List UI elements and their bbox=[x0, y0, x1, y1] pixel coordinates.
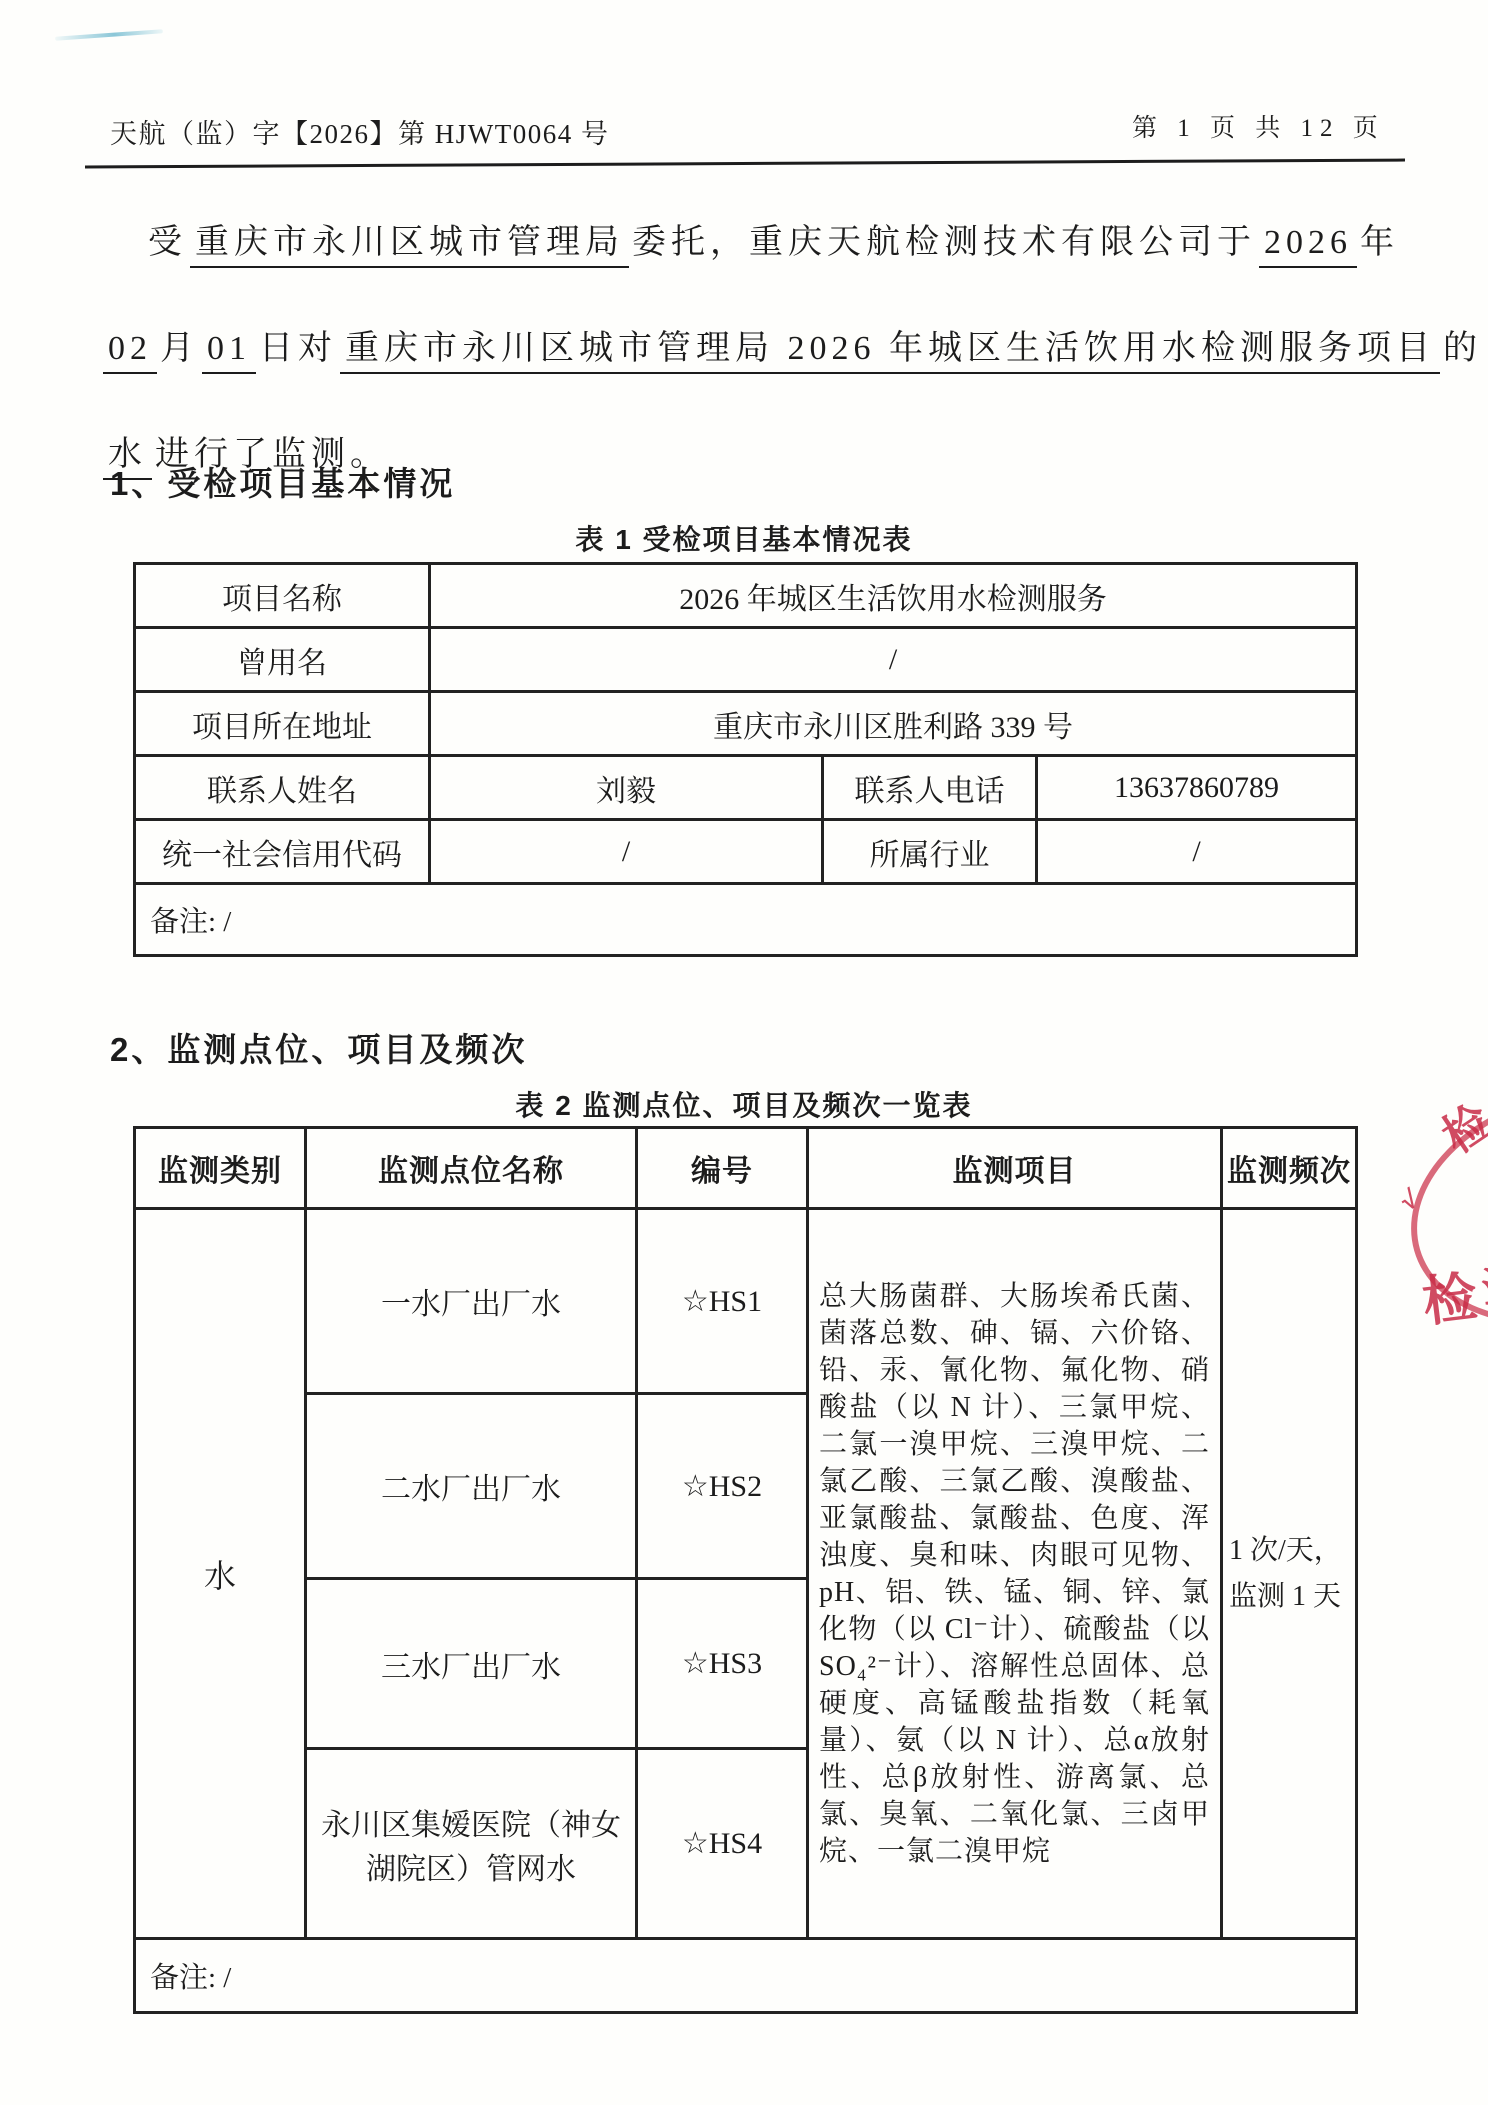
underlined-year: 2026 bbox=[1259, 224, 1357, 268]
column-header: 监测点位名称 bbox=[306, 1128, 637, 1209]
frequency-line: 1 次/天， bbox=[1229, 1528, 1349, 1574]
monitoring-category: 水 bbox=[135, 1209, 306, 1939]
scanned-report-page: 天航（监）字【2026】第 HJWT0064 号 第 1 页 共 12 页 受重… bbox=[0, 0, 1488, 2105]
row-label: 项目所在地址 bbox=[135, 692, 430, 756]
column-header: 监测项目 bbox=[808, 1128, 1222, 1209]
point-code: ☆HS2 bbox=[637, 1394, 808, 1579]
table-row: 水 一水厂出厂水 ☆HS1 总大肠菌群、大肠埃希氏菌、菌落总数、砷、镉、六价铬、… bbox=[135, 1209, 1357, 1394]
intro-text: 日对 bbox=[259, 330, 337, 367]
row-label: 曾用名 bbox=[135, 628, 430, 692]
intro-line-1: 受重庆市永川区城市管理局委托，重庆天航检测技术有限公司于2026年 bbox=[148, 214, 1399, 263]
underlined-client-name: 重庆市永川区城市管理局 bbox=[190, 224, 629, 268]
page-number-indicator: 第 1 页 共 12 页 bbox=[1132, 108, 1385, 144]
row-value: / bbox=[430, 628, 1357, 692]
underlined-month: 02 bbox=[103, 330, 157, 374]
monitoring-point: 一水厂出厂水 bbox=[306, 1209, 637, 1394]
row-value: / bbox=[430, 820, 823, 884]
table-remark-row: 备注: / bbox=[135, 1939, 1357, 2013]
table-1-caption: 表 1 受检项目基本情况表 bbox=[0, 518, 1488, 558]
row-label: 联系人姓名 bbox=[135, 756, 430, 820]
header-divider bbox=[85, 159, 1405, 169]
point-code: ☆HS3 bbox=[637, 1579, 808, 1749]
row-value: / bbox=[1037, 820, 1357, 884]
table-2-caption: 表 2 监测点位、项目及频次一览表 bbox=[0, 1084, 1488, 1124]
intro-text: 月 bbox=[160, 330, 199, 367]
point-code: ☆HS4 bbox=[637, 1749, 808, 1939]
monitoring-table: 监测类别 监测点位名称 编号 监测项目 监测频次 水 一水厂出厂水 ☆HS1 总… bbox=[133, 1126, 1358, 2014]
basic-info-table: 项目名称 2026 年城区生活饮用水检测服务 曾用名 / 项目所在地址 重庆市永… bbox=[133, 562, 1358, 957]
row-value: 刘毅 bbox=[430, 756, 823, 820]
table-remark-row: 备注: / bbox=[135, 884, 1357, 956]
table-1-remark: 备注: / bbox=[135, 884, 1357, 956]
teal-pen-mark bbox=[55, 29, 163, 41]
intro-line-2: 02月01日对重庆市永川区城市管理局 2026 年城区生活饮用水检测服务项目的 bbox=[100, 320, 1482, 369]
monitoring-frequency: 1 次/天， 监测 1 天 bbox=[1222, 1209, 1357, 1939]
underlined-day: 01 bbox=[202, 330, 256, 374]
row-value: 2026 年城区生活饮用水检测服务 bbox=[430, 564, 1357, 628]
table-header-row: 监测类别 监测点位名称 编号 监测项目 监测频次 bbox=[135, 1128, 1357, 1209]
monitoring-point: 二水厂出厂水 bbox=[306, 1394, 637, 1579]
column-header: 监测类别 bbox=[135, 1128, 306, 1209]
section-2-heading: 2、监测点位、项目及频次 bbox=[110, 1024, 527, 1071]
row-label: 所属行业 bbox=[823, 820, 1037, 884]
intro-text: 年 bbox=[1360, 224, 1399, 261]
underlined-project-name: 重庆市永川区城市管理局 2026 年城区生活饮用水检测服务项目 bbox=[340, 330, 1440, 374]
inspection-seal: 检 √ 检测 bbox=[1396, 1035, 1488, 1345]
point-code: ☆HS1 bbox=[637, 1209, 808, 1394]
seal-stroke-fragment: √ bbox=[1395, 1184, 1423, 1218]
monitoring-point: 永川区集嫒医院（神女湖院区）管网水 bbox=[306, 1749, 637, 1939]
table-row: 曾用名 / bbox=[135, 628, 1357, 692]
table-row: 统一社会信用代码 / 所属行业 / bbox=[135, 820, 1357, 884]
document-number: 天航（监）字【2026】第 HJWT0064 号 bbox=[110, 112, 609, 151]
intro-text: 委托，重庆天航检测技术有限公司于 bbox=[632, 224, 1256, 261]
intro-text: 的 bbox=[1443, 330, 1482, 367]
table-row: 项目名称 2026 年城区生活饮用水检测服务 bbox=[135, 564, 1357, 628]
frequency-line: 监测 1 天 bbox=[1229, 1574, 1349, 1620]
row-label: 联系人电话 bbox=[823, 756, 1037, 820]
row-value: 重庆市永川区胜利路 339 号 bbox=[430, 692, 1357, 756]
monitoring-point: 三水厂出厂水 bbox=[306, 1579, 637, 1749]
seal-character-bottom: 检测 bbox=[1418, 1246, 1488, 1337]
column-header: 编号 bbox=[637, 1128, 808, 1209]
column-header: 监测频次 bbox=[1222, 1128, 1357, 1209]
row-value: 13637860789 bbox=[1037, 756, 1357, 820]
row-label: 项目名称 bbox=[135, 564, 430, 628]
table-row: 项目所在地址 重庆市永川区胜利路 339 号 bbox=[135, 692, 1357, 756]
table-row: 联系人姓名 刘毅 联系人电话 13637860789 bbox=[135, 756, 1357, 820]
row-label: 统一社会信用代码 bbox=[135, 820, 430, 884]
table-2-remark: 备注: / bbox=[135, 1939, 1357, 2013]
monitoring-items: 总大肠菌群、大肠埃希氏菌、菌落总数、砷、镉、六价铬、铅、汞、氰化物、氟化物、硝酸… bbox=[808, 1209, 1222, 1939]
section-1-heading: 1、受检项目基本情况 bbox=[110, 458, 455, 505]
intro-text: 受 bbox=[148, 224, 187, 261]
